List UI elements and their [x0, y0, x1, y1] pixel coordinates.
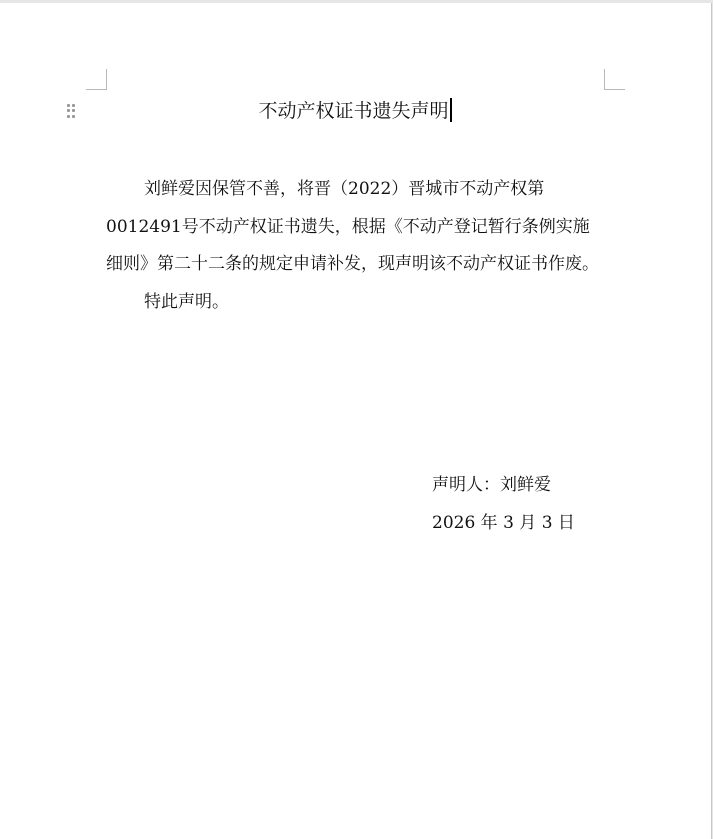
- date-line: 2026 年 3 月 3 日: [432, 505, 575, 543]
- document-body[interactable]: 刘鲜爱因保管不善，将晋（2022）晋城市不动产权第0012491号不动产权证书遗…: [106, 171, 606, 321]
- document-title-text: 不动产权证书遗失声明: [258, 100, 448, 122]
- document-title[interactable]: 不动产权证书遗失声明: [106, 97, 604, 125]
- margin-corner-top-right-icon: [604, 69, 625, 90]
- paragraph-drag-handle-icon[interactable]: [67, 104, 75, 118]
- closing-paragraph: 特此声明。: [106, 284, 606, 322]
- document-page[interactable]: 不动产权证书遗失声明 刘鲜爱因保管不善，将晋（2022）晋城市不动产权第0012…: [0, 3, 712, 839]
- text-cursor: [450, 98, 452, 122]
- signature-block[interactable]: 声明人：刘鲜爱 2026 年 3 月 3 日: [432, 467, 575, 542]
- body-paragraph: 刘鲜爱因保管不善，将晋（2022）晋城市不动产权第0012491号不动产权证书遗…: [106, 171, 606, 284]
- margin-corner-top-left-icon: [86, 69, 107, 90]
- declarant-line: 声明人：刘鲜爱: [432, 467, 575, 505]
